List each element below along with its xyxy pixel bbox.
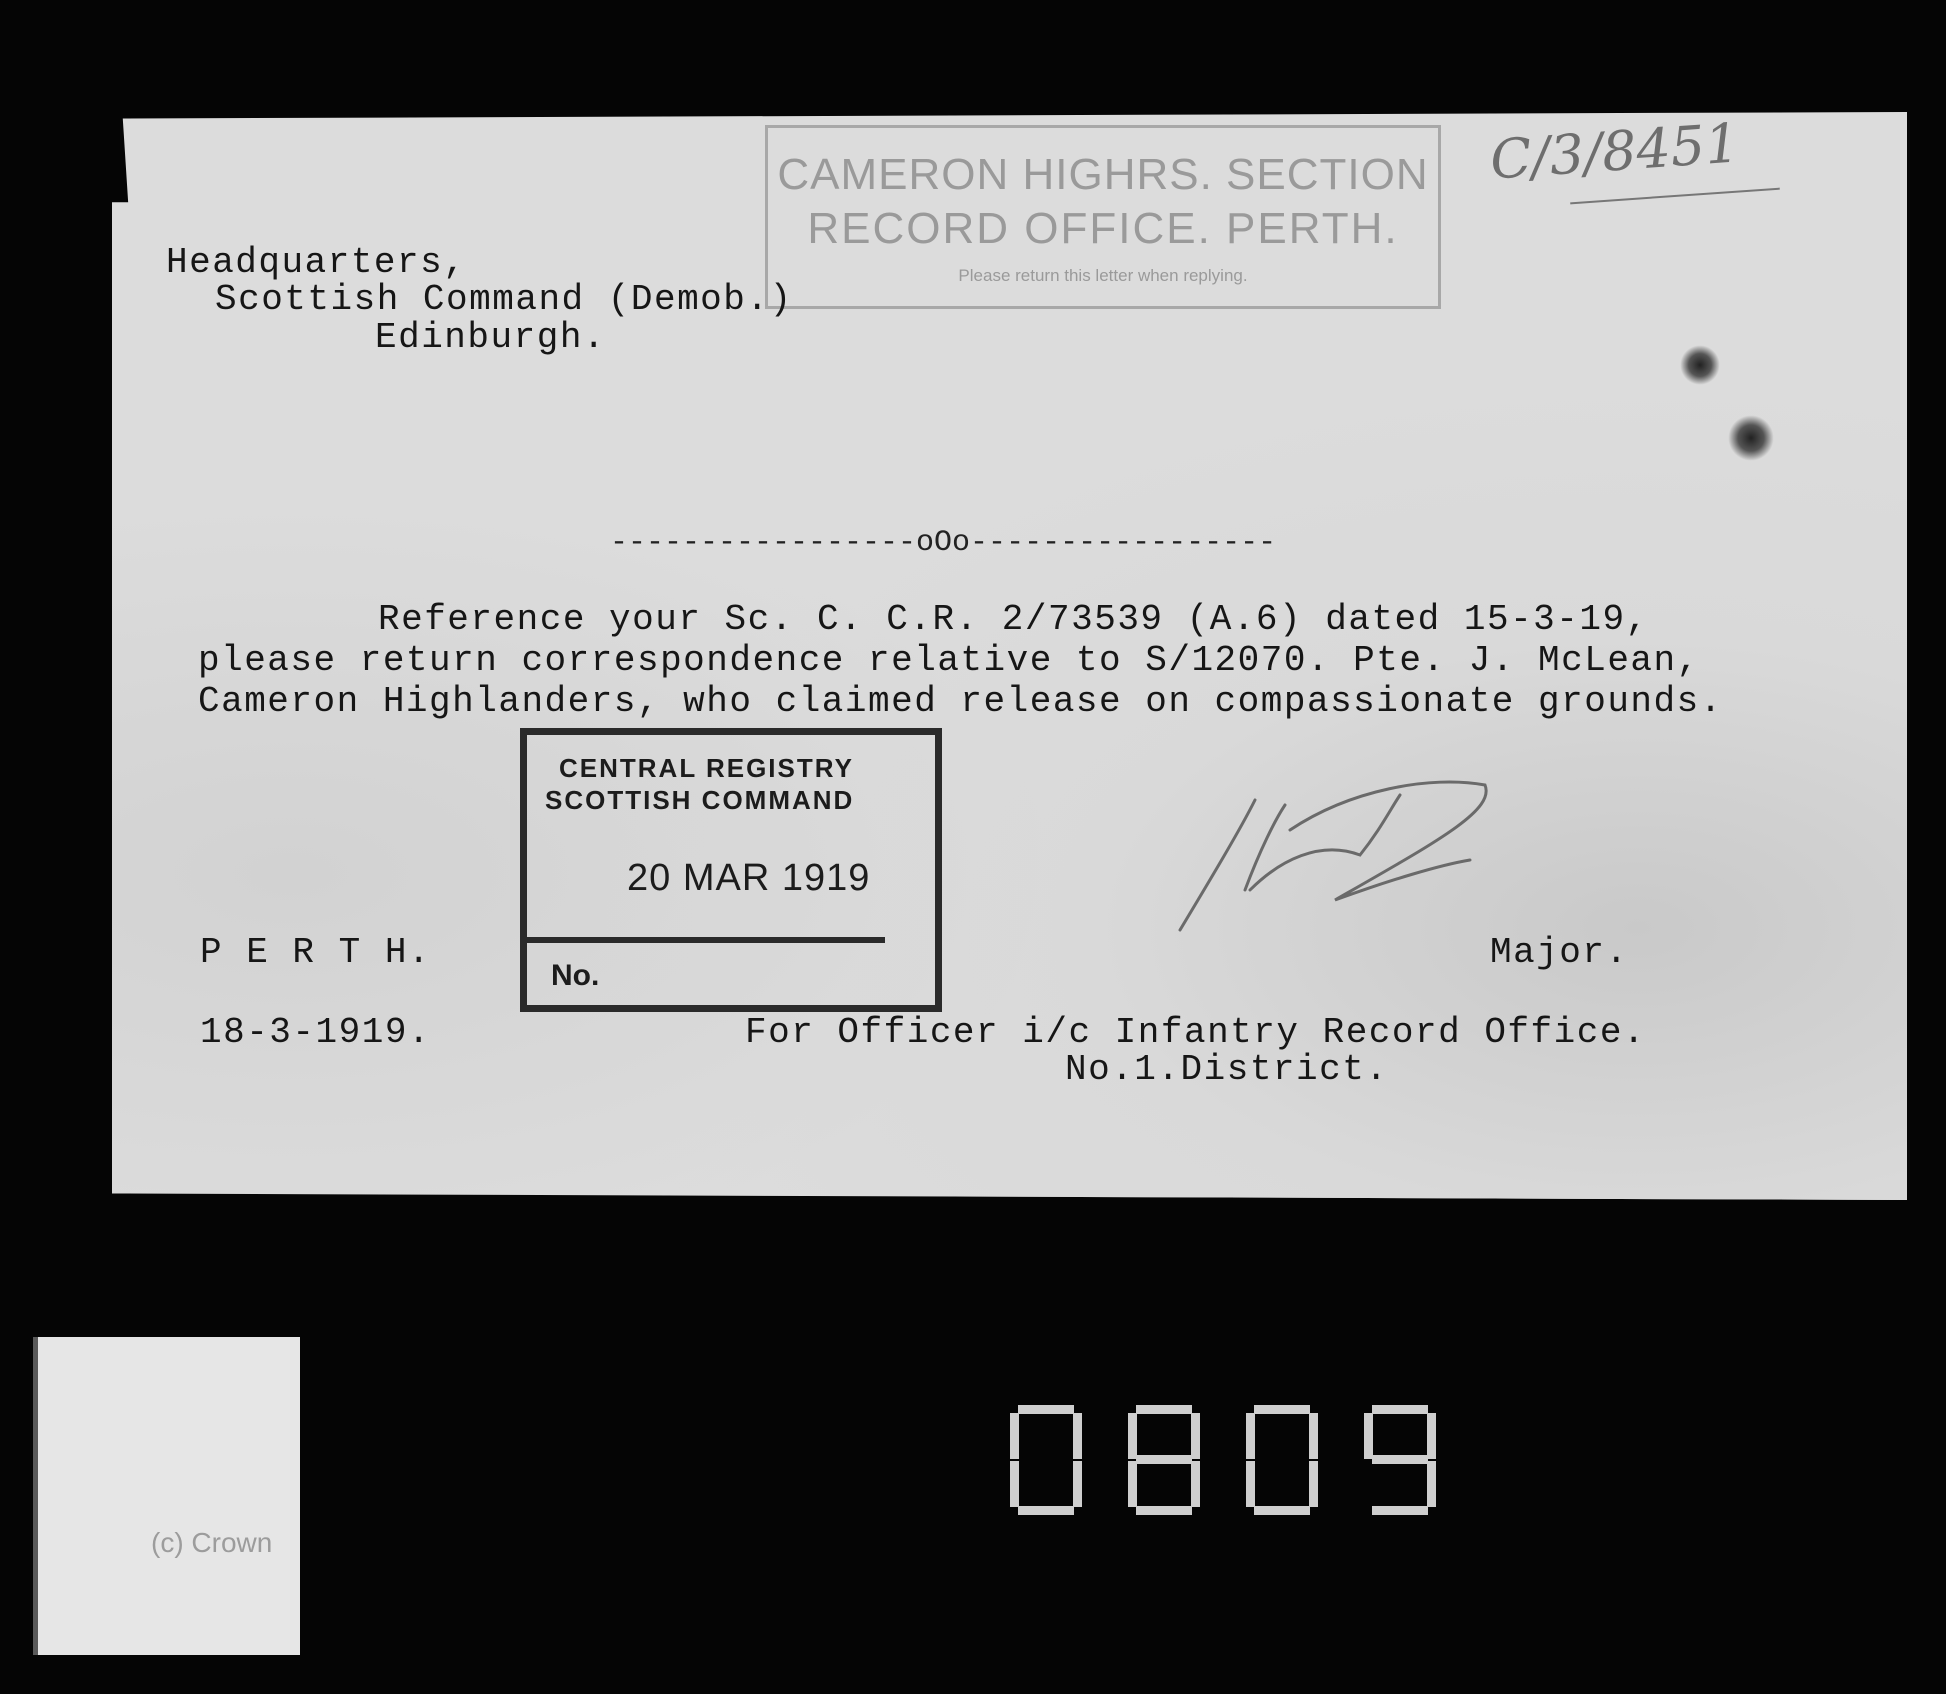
counter-digit [1010, 1405, 1082, 1515]
stamp-line-1: CAMERON HIGHRS. SECTION [768, 150, 1438, 200]
stamp-line-3: Please return this letter when replying. [768, 266, 1438, 286]
registry-rule [527, 937, 885, 943]
section-divider: -----------------oOo----------------- [610, 528, 1276, 558]
addressee-line-1: Headquarters, [166, 245, 466, 281]
body-line-2: please return correspondence relative to… [198, 643, 1700, 679]
body-line-1: Reference your Sc. C. C.R. 2/73539 (A.6)… [378, 602, 1649, 638]
central-registry-stamp: CENTRAL REGISTRY SCOTTISH COMMAND 20 MAR… [520, 728, 942, 1012]
signatory-line-1: For Officer i/c Infantry Record Office. [745, 1015, 1646, 1051]
registry-line-1: CENTRAL REGISTRY [559, 753, 854, 784]
registry-date: 20 MAR 1919 [627, 857, 870, 900]
signatory-line-2: No.1.District. [1065, 1052, 1388, 1088]
place: P E R T H. [200, 935, 431, 971]
stain-mark [1680, 345, 1720, 385]
record-office-stamp: CAMERON HIGHRS. SECTION RECORD OFFICE. P… [765, 125, 1441, 309]
counter-digit [1128, 1405, 1200, 1515]
counter-digit [1364, 1405, 1436, 1515]
addressee-line-3: Edinburgh. [375, 320, 606, 356]
counter-digit [1246, 1405, 1318, 1515]
letter-date: 18-3-1919. [200, 1015, 431, 1051]
copyright-slip: (c) Crown [33, 1337, 300, 1655]
registry-number-label: No. [551, 959, 599, 993]
body-line-3: Cameron Highlanders, who claimed release… [198, 684, 1723, 720]
registry-line-2: SCOTTISH COMMAND [545, 785, 854, 816]
frame-counter [1010, 1405, 1436, 1515]
stain-mark [1728, 415, 1774, 461]
rank: Major. [1490, 935, 1629, 971]
copyright-text: (c) Crown [151, 1527, 272, 1559]
stamp-line-2: RECORD OFFICE. PERTH. [768, 204, 1438, 254]
addressee-line-2: Scottish Command (Demob.) [215, 282, 793, 318]
signature [1150, 770, 1520, 950]
